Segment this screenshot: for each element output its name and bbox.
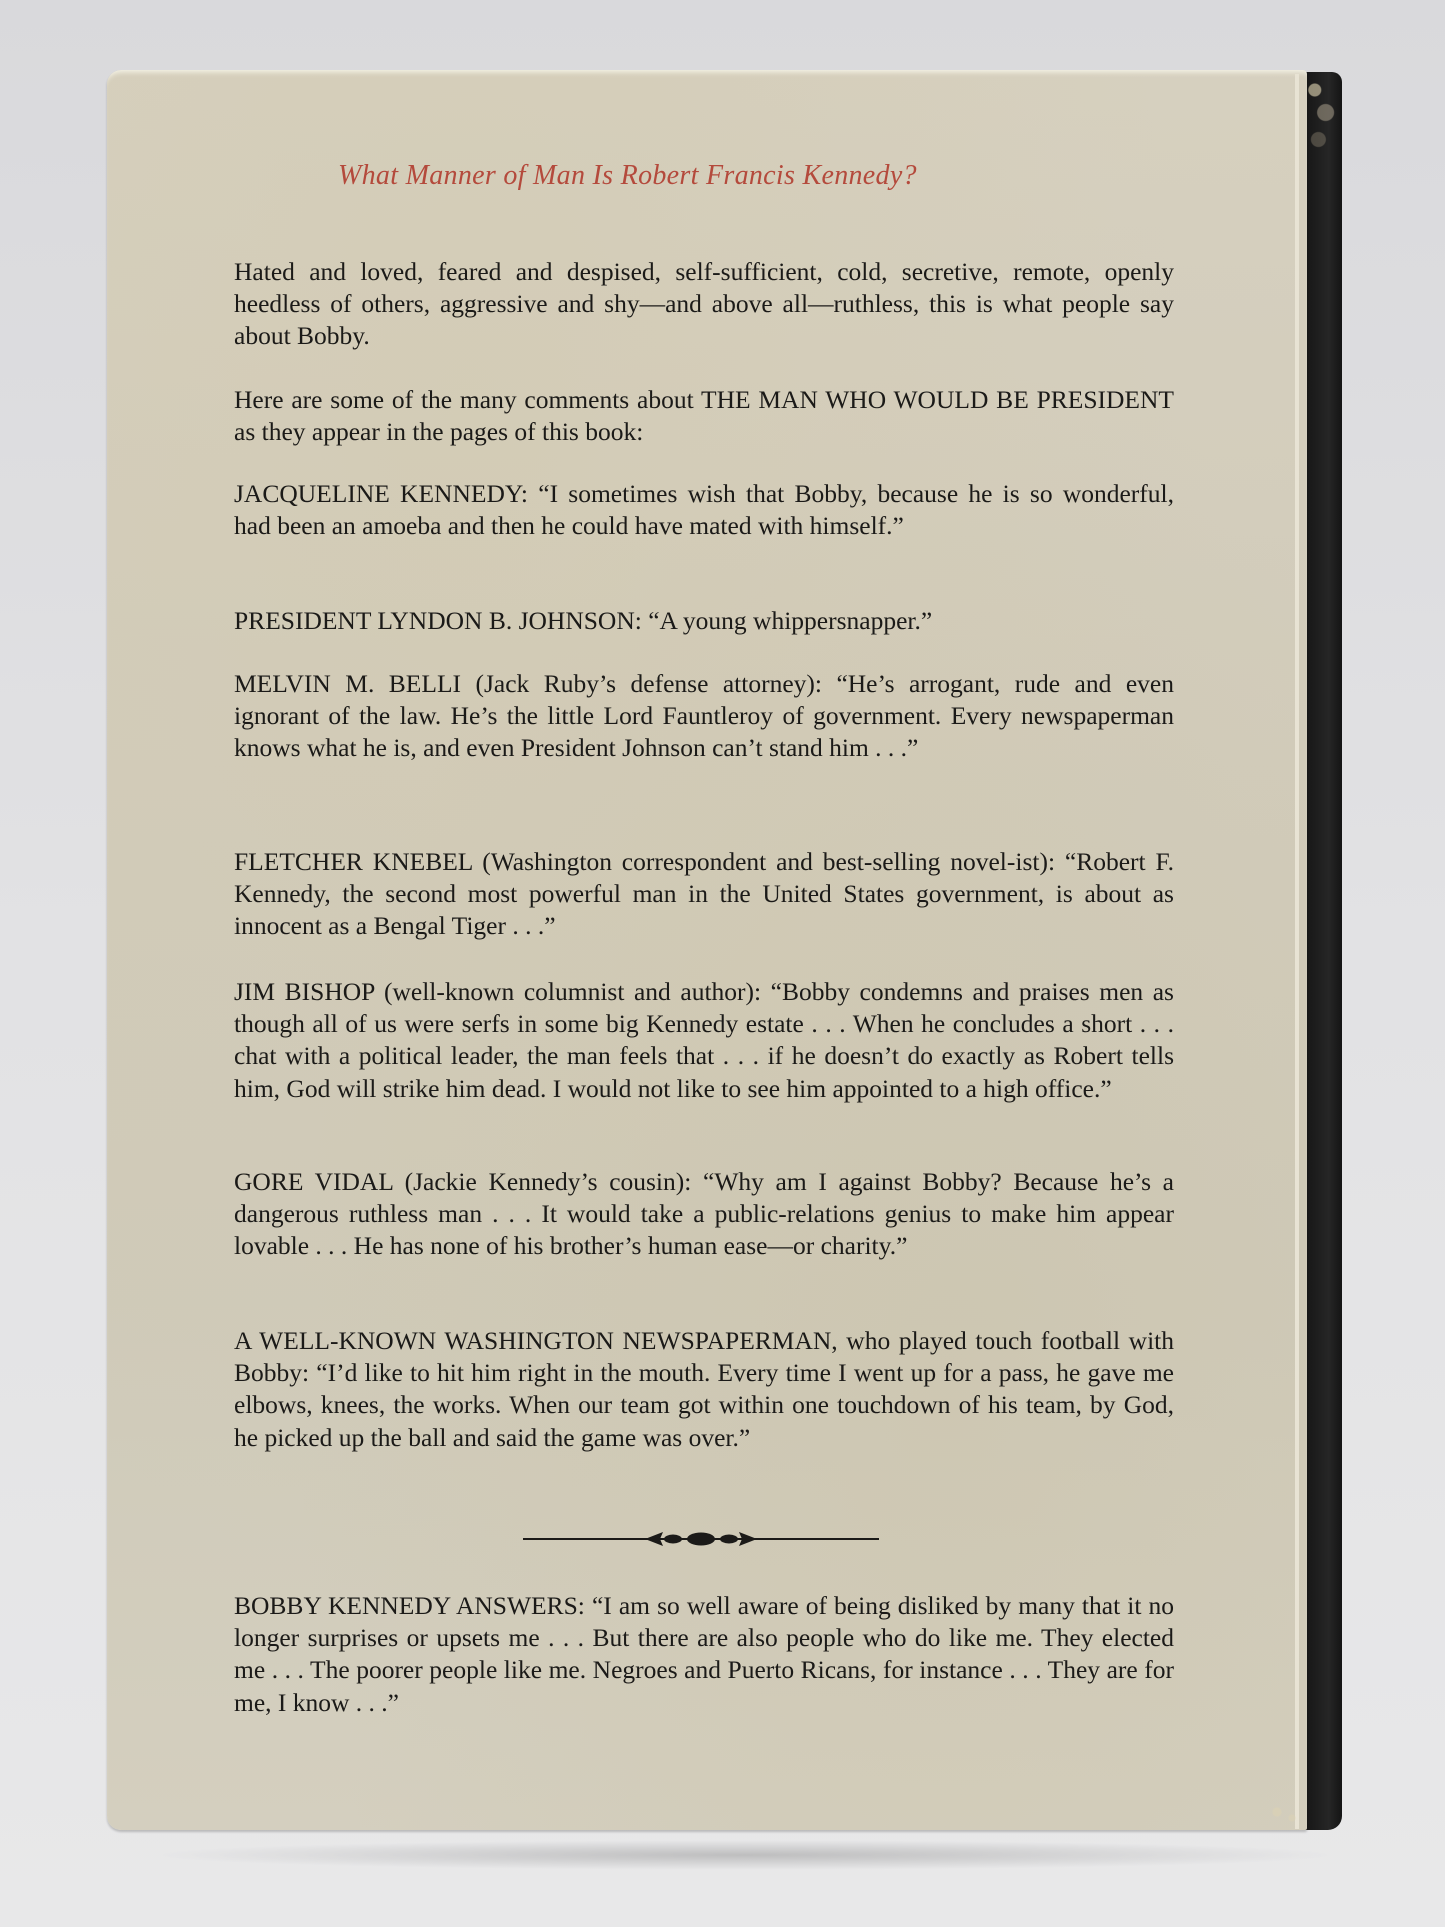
spine-wear-bottom (1262, 1800, 1312, 1830)
spine-wear-top (1304, 72, 1340, 162)
jacket-fold-edge (1295, 74, 1299, 1829)
quote-melvin-belli: MELVIN M. BELLI (Jack Ruby’s defense att… (234, 668, 1174, 765)
quote-fletcher-knebel: FLETCHER KNEBEL (Washington corresponden… (234, 846, 1174, 943)
quote-jim-bishop: JIM BISHOP (well-known columnist and aut… (234, 976, 1174, 1105)
quote-gore-vidal: GORE VIDAL (Jackie Kennedy’s cousin): “W… (234, 1166, 1174, 1263)
cover-heading: What Manner of Man Is Robert Francis Ken… (338, 160, 1138, 192)
lead-in-paragraph: Here are some of the many comments about… (234, 384, 1174, 448)
intro-paragraph: Hated and loved, feared and despised, se… (234, 256, 1174, 353)
ornamental-rule-icon (523, 1528, 879, 1550)
quote-lyndon-johnson: PRESIDENT LYNDON B. JOHNSON: “A young wh… (234, 605, 1174, 637)
quote-washington-newspaperman: A WELL-KNOWN WASHINGTON NEWSPAPERMAN, wh… (234, 1325, 1174, 1454)
quote-jacqueline-kennedy: JACQUELINE KENNEDY: “I sometimes wish th… (234, 478, 1174, 542)
bobby-kennedy-answer: BOBBY KENNEDY ANSWERS: “I am so well awa… (234, 1590, 1174, 1719)
book-shadow (150, 1840, 1340, 1870)
